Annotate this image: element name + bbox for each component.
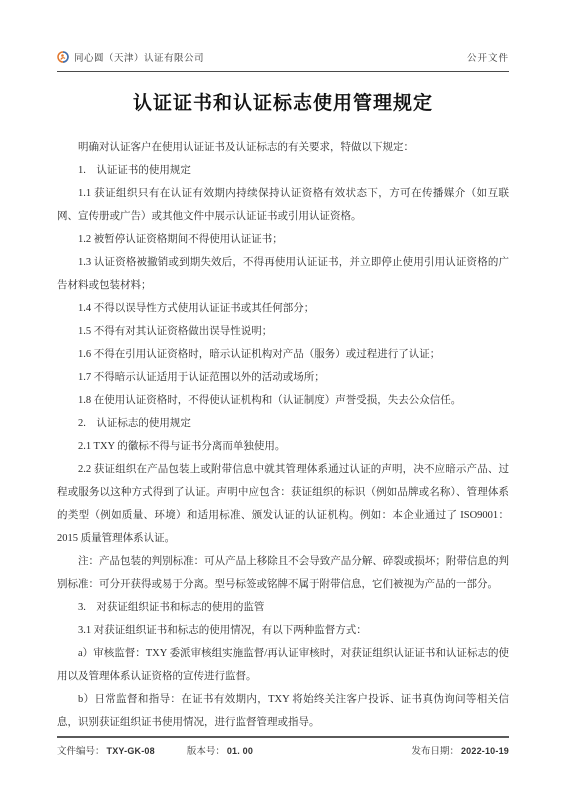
paragraph-1-5: 1.5 不得有对其认证资格做出误导性说明； bbox=[57, 320, 509, 343]
page-title: 认证证书和认证标志使用管理规定 bbox=[0, 88, 566, 115]
paragraph-1-4: 1.4 不得以误导性方式使用认证证书或其任何部分； bbox=[57, 297, 509, 320]
paragraph-3-1-a: a）审核监督：TXY 委派审核组实施监督/再认证审核时，对获证组织认证证书和认证… bbox=[57, 642, 509, 688]
company-name: 同心圆（天津）认证有限公司 bbox=[74, 50, 204, 64]
doc-version-label: 版本号： bbox=[187, 747, 225, 757]
logo-arc bbox=[63, 52, 68, 62]
doc-class-label: 公开文件 bbox=[467, 50, 509, 64]
doc-date-label: 发布日期： bbox=[411, 747, 459, 757]
page-header: 同心圆（天津）认证有限公司 公开文件 bbox=[57, 50, 509, 72]
doc-version-value: 01. 00 bbox=[227, 746, 253, 756]
document-body: 明确对认证客户在使用认证证书及认证标志的有关要求，特做以下规定： 1. 认证证书… bbox=[57, 136, 509, 734]
logo-dot bbox=[61, 54, 64, 57]
paragraph-1-3: 1.3 认证资格被撤销或到期失效后，不得再使用认证证书，并立即停止使用引用认证资… bbox=[57, 251, 509, 297]
doc-date-value: 2022-10-19 bbox=[461, 746, 509, 756]
paragraph-1-1: 1.1 获证组织只有在认证有效期内持续保持认证资格有效状态下，方可在传播媒介（如… bbox=[57, 182, 509, 228]
doc-version: 版本号：01. 00 bbox=[187, 743, 253, 757]
paragraph-2-2: 2.2 获证组织在产品包装上或附带信息中就其管理体系通过认证的声明，决不应暗示产… bbox=[57, 458, 509, 550]
paragraph-1-6: 1.6 不得在引用认证资格时，暗示认证机构对产品（服务）或过程进行了认证； bbox=[57, 343, 509, 366]
section-1-heading: 1. 认证证书的使用规定 bbox=[57, 159, 509, 182]
paragraph-1-7: 1.7 不得暗示认证适用于认证范围以外的活动或场所； bbox=[57, 366, 509, 389]
page-footer: 文件编号：TXY-GK-08 版本号：01. 00 发布日期：2022-10-1… bbox=[57, 736, 509, 757]
company-logo-icon bbox=[57, 51, 69, 63]
paragraph-intro: 明确对认证客户在使用认证证书及认证标志的有关要求，特做以下规定： bbox=[57, 136, 509, 159]
paragraph-note: 注：产品包装的判别标准：可从产品上移除且不会导致产品分解、碎裂或损坏；附带信息的… bbox=[57, 550, 509, 596]
paragraph-2-1: 2.1 TXY 的徽标不得与证书分离而单独使用。 bbox=[57, 435, 509, 458]
logo-swoosh bbox=[61, 58, 65, 60]
paragraph-3-1: 3.1 对获证组织证书和标志的使用情况，有以下两种监督方式： bbox=[57, 619, 509, 642]
doc-number: 文件编号：TXY-GK-08 bbox=[57, 743, 155, 757]
section-3-heading: 3. 对获证组织证书和标志的使用的监管 bbox=[57, 596, 509, 619]
doc-date: 发布日期：2022-10-19 bbox=[411, 743, 509, 757]
document-page: 同心圆（天津）认证有限公司 公开文件 认证证书和认证标志使用管理规定 明确对认证… bbox=[0, 0, 566, 800]
doc-number-value: TXY-GK-08 bbox=[107, 746, 155, 756]
section-2-heading: 2. 认证标志的使用规定 bbox=[57, 412, 509, 435]
doc-number-label: 文件编号： bbox=[57, 747, 105, 757]
header-left: 同心圆（天津）认证有限公司 bbox=[57, 50, 204, 64]
paragraph-1-8: 1.8 在使用认证资格时，不得使认证机构和（认证制度）声誉受损，失去公众信任。 bbox=[57, 389, 509, 412]
paragraph-1-2: 1.2 被暂停认证资格期间不得使用认证证书； bbox=[57, 228, 509, 251]
paragraph-3-1-b: b）日常监督和指导：在证书有效期内，TXY 将始终关注客户投诉、证书真伪询问等相… bbox=[57, 688, 509, 734]
